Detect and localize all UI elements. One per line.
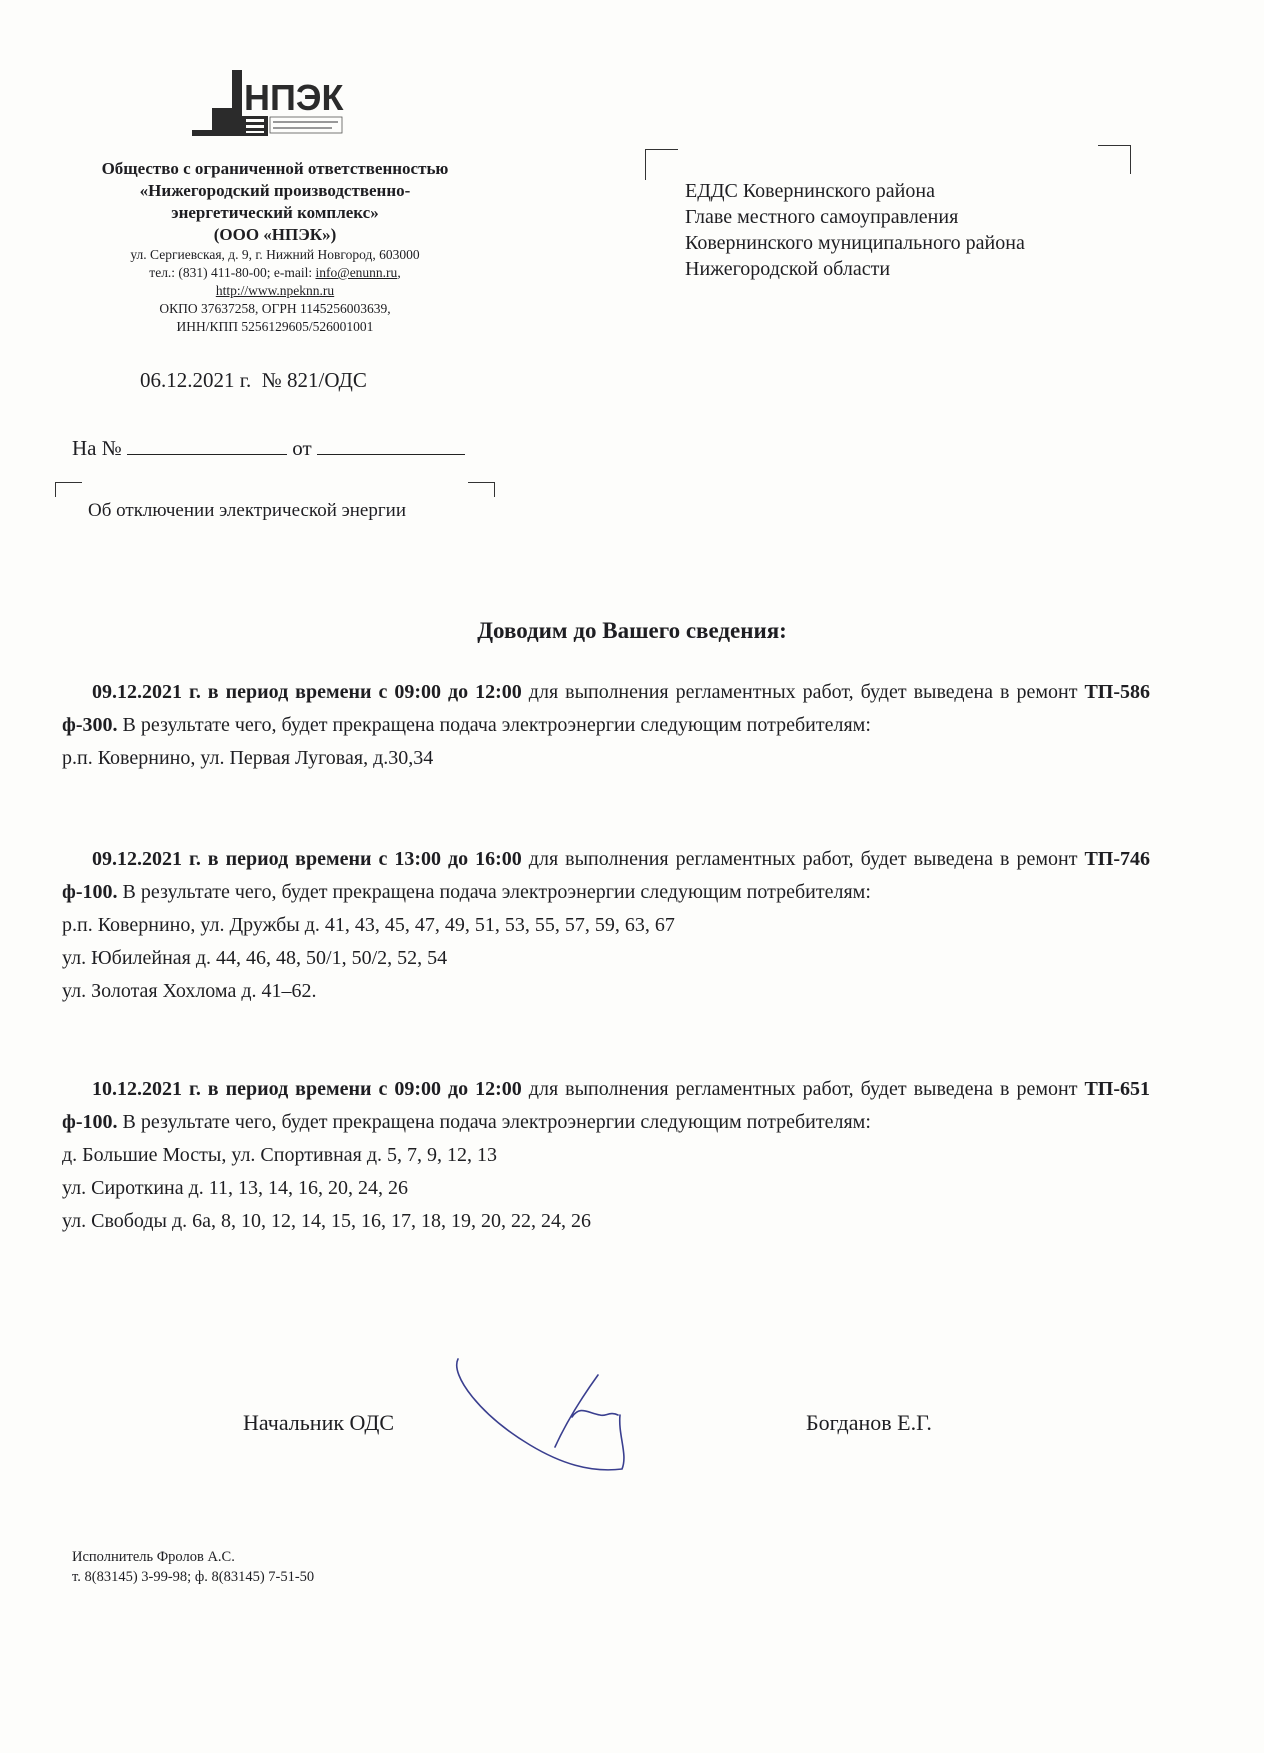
subject-bracket-left bbox=[55, 482, 82, 497]
outgoing-date: 06.12.2021 г. bbox=[140, 368, 251, 392]
notice-text: В результате чего, будет прекращена пода… bbox=[118, 881, 871, 903]
recipient-line: Нижегородской области bbox=[685, 256, 1025, 282]
executor-name: Исполнитель Фролов А.С. bbox=[72, 1547, 314, 1567]
sender-website-link[interactable]: http://www.npeknn.ru bbox=[216, 283, 334, 298]
notice-1: 09.12.2021 г. в период времени с 09:00 д… bbox=[62, 676, 1150, 775]
signatory-name: Богданов Е.Г. bbox=[806, 1410, 932, 1436]
sender-address: ул. Сергиевская, д. 9, г. Нижний Новгоро… bbox=[55, 246, 495, 264]
sender-okpo-ogrn: ОКПО 37637258, ОГРН 1145256003639, bbox=[55, 300, 495, 318]
consumer-address: р.п. Ковернино, ул. Первая Луговая, д.30… bbox=[62, 742, 1150, 775]
recipient-line: Ковернинского муниципального района bbox=[685, 230, 1025, 256]
notice-paragraph: 10.12.2021 г. в период времени с 09:00 д… bbox=[62, 1073, 1150, 1139]
consumer-address: д. Большие Мосты, ул. Спортивная д. 5, 7… bbox=[62, 1139, 1150, 1172]
notice-3: 10.12.2021 г. в период времени с 09:00 д… bbox=[62, 1073, 1150, 1238]
sender-inn-kpp: ИНН/КПП 5256129605/526001001 bbox=[55, 318, 495, 336]
sender-block: Общество с ограниченной ответственностью… bbox=[55, 158, 495, 336]
sender-org-short: (ООО «НПЭК») bbox=[55, 224, 495, 246]
svg-text:НПЭК: НПЭК bbox=[244, 77, 344, 118]
subject-bracket-right bbox=[468, 482, 495, 497]
recipient-block: ЕДДС Ковернинского района Главе местного… bbox=[685, 178, 1025, 282]
executor-phone: т. 8(83145) 3-99-98; ф. 8(83145) 7-51-50 bbox=[72, 1567, 314, 1587]
factory-logo-icon: НПЭК bbox=[192, 68, 362, 143]
consumer-address: р.п. Ковернино, ул. Дружбы д. 41, 43, 45… bbox=[62, 909, 1150, 942]
notice-2: 09.12.2021 г. в период времени с 13:00 д… bbox=[62, 843, 1150, 1008]
signature-scribble-icon bbox=[450, 1355, 650, 1475]
notice-text: для выполнения регламентных работ, будет… bbox=[522, 681, 1085, 703]
notice-text: для выполнения регламентных работ, будет… bbox=[522, 848, 1085, 870]
company-logo: НПЭК bbox=[192, 68, 362, 143]
notice-paragraph: 09.12.2021 г. в период времени с 13:00 д… bbox=[62, 843, 1150, 909]
notice-paragraph: 09.12.2021 г. в период времени с 09:00 д… bbox=[62, 676, 1150, 742]
sender-email-link[interactable]: info@enunn.ru bbox=[316, 265, 398, 280]
outgoing-number: № 821/ОДС bbox=[262, 368, 367, 392]
notice-text: для выполнения регламентных работ, будет… bbox=[522, 1078, 1085, 1100]
notice-date-time: 09.12.2021 г. в период времени с 09:00 д… bbox=[92, 681, 522, 703]
outgoing-reference: 06.12.2021 г. № 821/ОДС bbox=[140, 368, 367, 393]
notice-date-time: 10.12.2021 г. в период времени с 09:00 д… bbox=[92, 1078, 522, 1100]
consumer-address: ул. Юбилейная д. 44, 46, 48, 50/1, 50/2,… bbox=[62, 942, 1150, 975]
sender-org-line: энергетический комплекс» bbox=[55, 202, 495, 224]
reply-date-blank bbox=[317, 438, 465, 455]
sender-contacts-suffix: , bbox=[397, 265, 400, 280]
sender-phone: тел.: (831) 411-80-00; e-mail: bbox=[149, 265, 315, 280]
recipient-line: ЕДДС Ковернинского района bbox=[685, 178, 1025, 204]
notice-heading: Доводим до Вашего сведения: bbox=[0, 618, 1264, 644]
consumer-address: ул. Золотая Хохлома д. 41–62. bbox=[62, 975, 1150, 1008]
consumer-address: ул. Сироткина д. 11, 13, 14, 16, 20, 24,… bbox=[62, 1172, 1150, 1205]
sender-contacts: тел.: (831) 411-80-00; e-mail: info@enun… bbox=[55, 264, 495, 282]
sender-org-line: Общество с ограниченной ответственностью bbox=[55, 158, 495, 180]
recipient-bracket-right bbox=[1098, 145, 1131, 174]
signatory-title: Начальник ОДС bbox=[243, 1410, 394, 1436]
reply-from-label: от bbox=[292, 436, 311, 460]
handwritten-signature bbox=[450, 1355, 650, 1475]
recipient-bracket-left bbox=[645, 149, 678, 180]
reply-reference: На № от bbox=[72, 436, 465, 461]
notice-text: В результате чего, будет прекращена пода… bbox=[118, 1111, 871, 1133]
sender-org-line: «Нижегородский производственно- bbox=[55, 180, 495, 202]
subject-line: Об отключении электрической энергии bbox=[88, 500, 406, 522]
notice-text: В результате чего, будет прекращена пода… bbox=[118, 714, 871, 736]
recipient-line: Главе местного самоуправления bbox=[685, 204, 1025, 230]
notice-date-time: 09.12.2021 г. в период времени с 13:00 д… bbox=[92, 848, 522, 870]
reply-number-blank bbox=[127, 438, 287, 455]
executor-block: Исполнитель Фролов А.С. т. 8(83145) 3-99… bbox=[72, 1547, 314, 1587]
reply-no-label: На № bbox=[72, 436, 122, 460]
consumer-address: ул. Свободы д. 6а, 8, 10, 12, 14, 15, 16… bbox=[62, 1205, 1150, 1238]
